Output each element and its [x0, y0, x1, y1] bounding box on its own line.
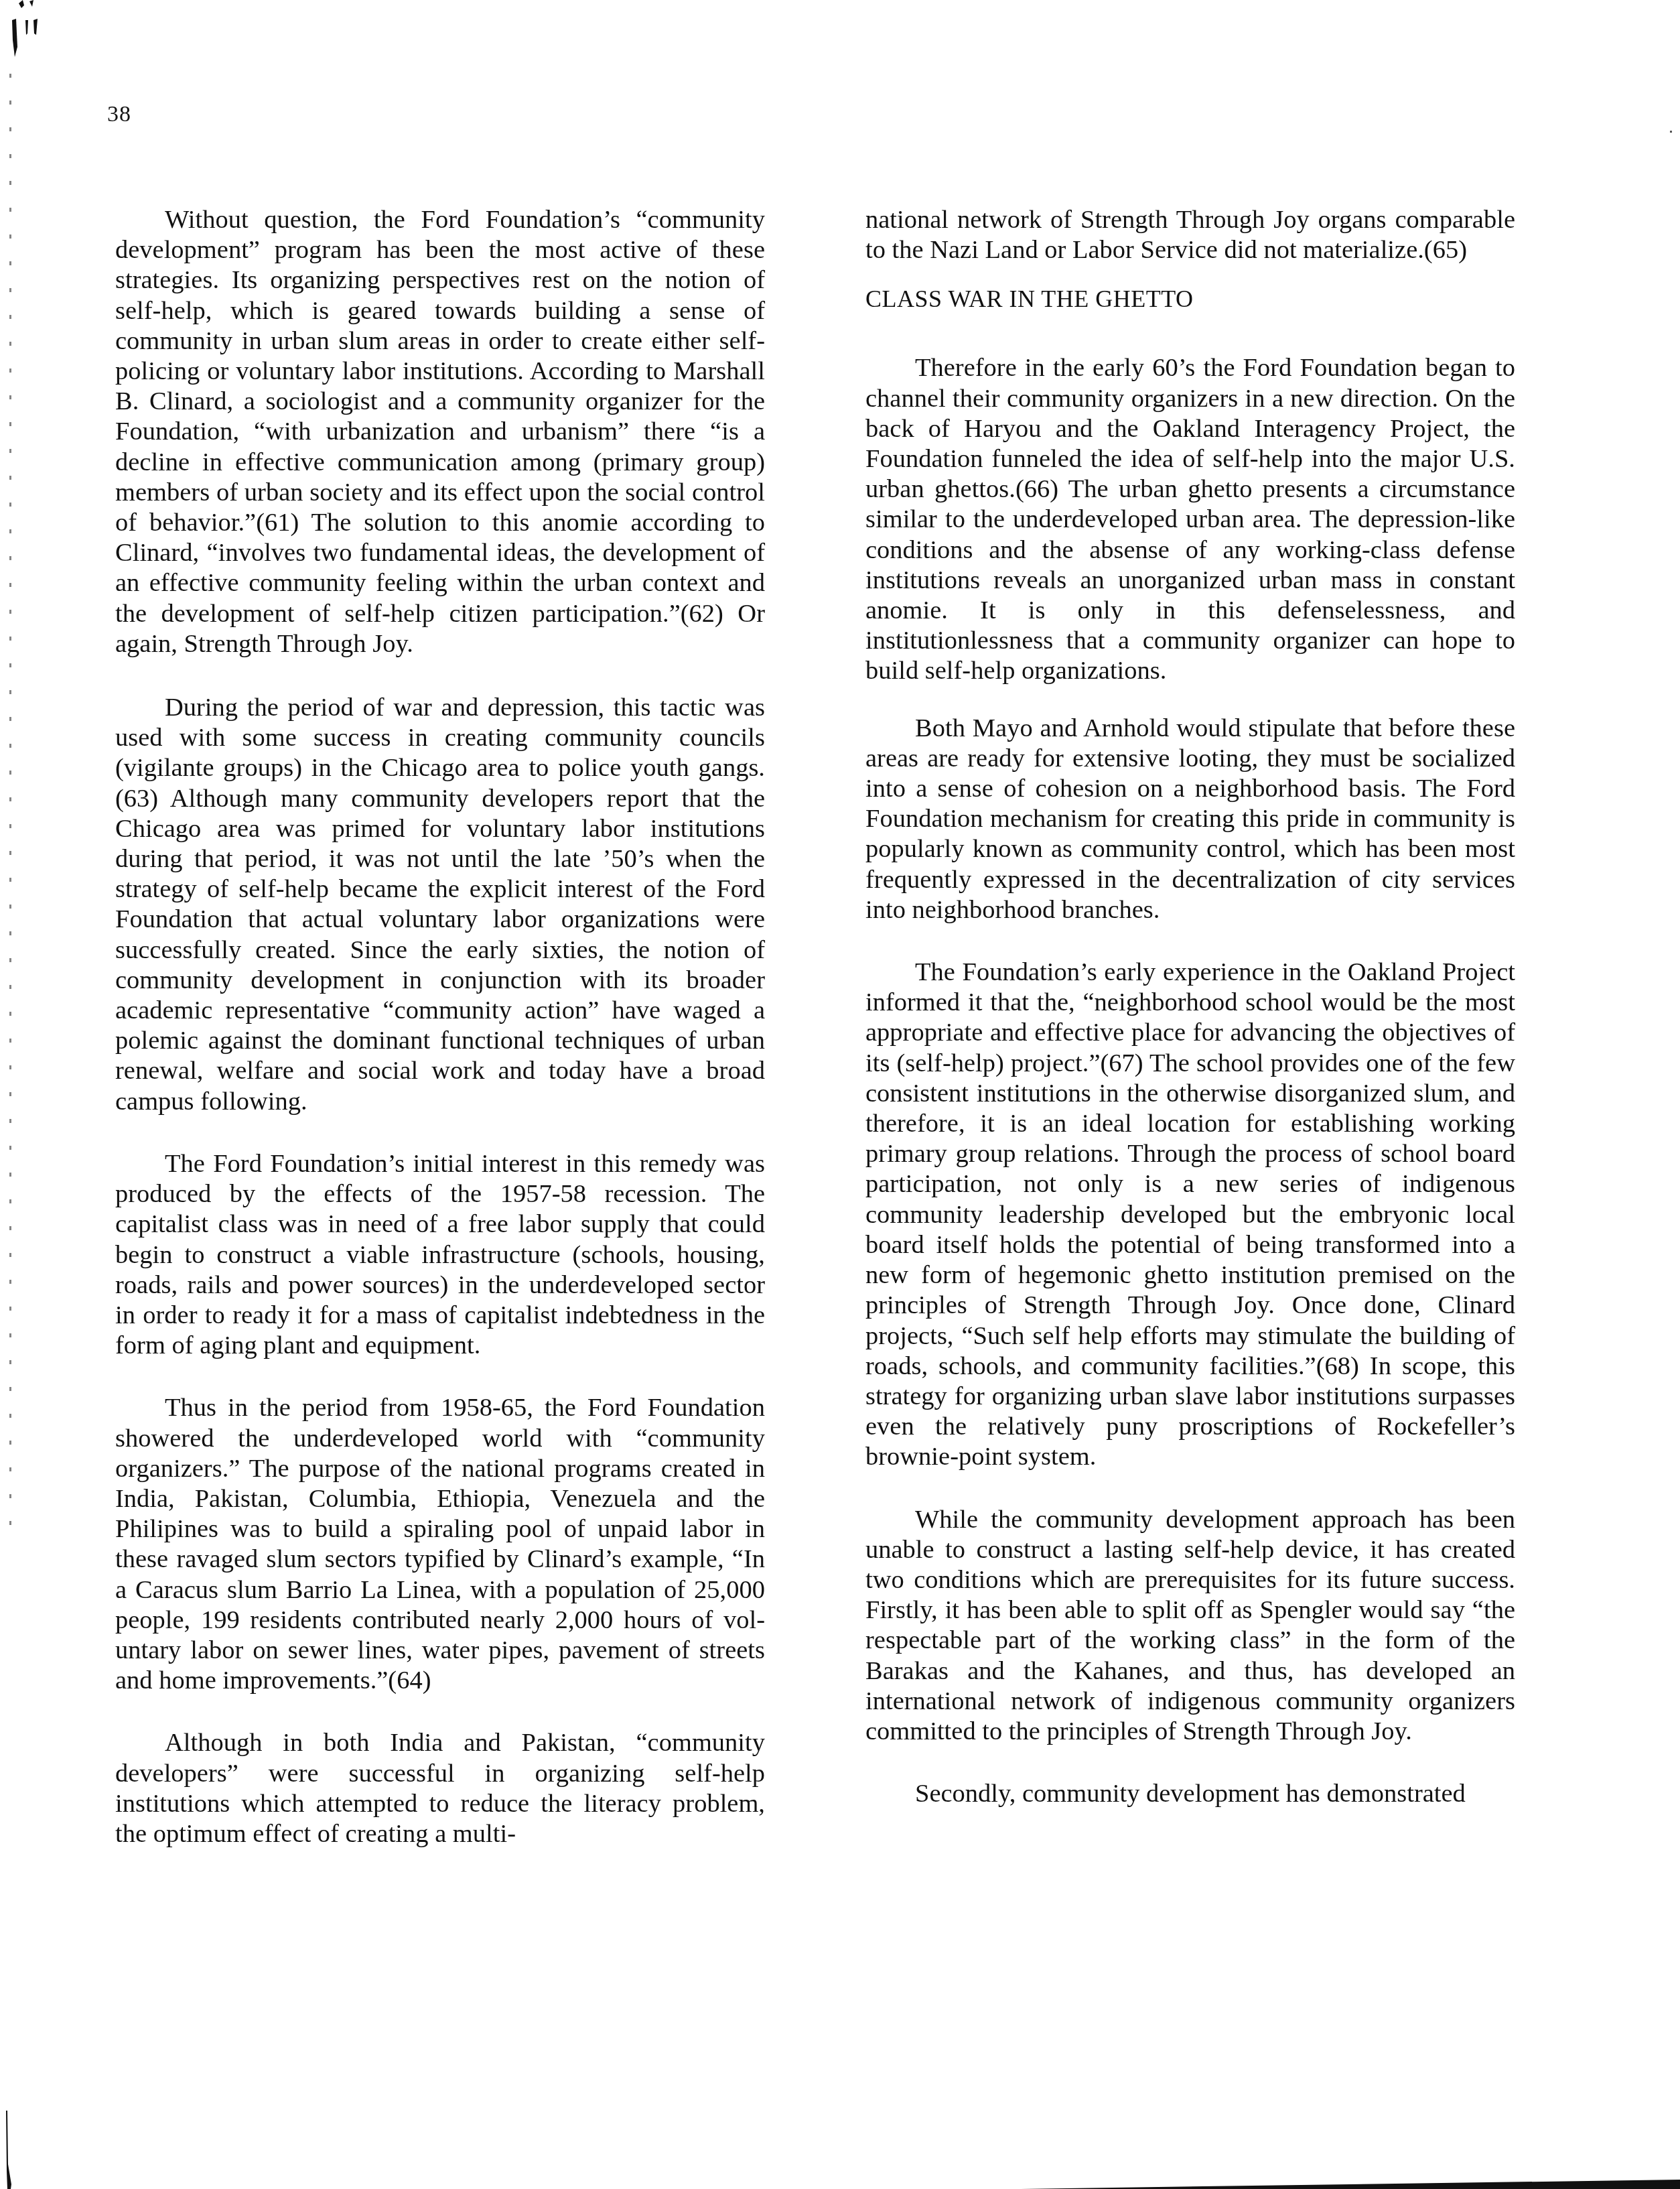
scan-artifact-bottom-left [5, 2111, 12, 2189]
section-heading: CLASS WAR IN THE GHETTO [865, 284, 1515, 314]
scan-artifact-bottom-edge [1018, 2180, 1680, 2189]
paragraph: The Foundation’s early experience in the… [865, 957, 1515, 1472]
paragraph: The Ford Foundation’s initial interest i… [115, 1149, 765, 1361]
paragraph: Secondly, community development has demo… [865, 1779, 1515, 1809]
scan-artifact-left-edge [9, 74, 11, 1548]
paragraph: During the period of war and depression,… [115, 693, 765, 1117]
left-column: Without question, the Ford Foundation’s … [115, 205, 765, 1880]
paragraph: Therefore in the early 60’s the Ford Fou… [865, 353, 1515, 686]
scan-artifact-dot [1670, 131, 1672, 133]
right-column: national network of Strength Through Joy… [865, 205, 1515, 1841]
paragraph: Thus in the period from 1958-65, the For… [115, 1393, 765, 1696]
scan-artifact-top-left [7, 0, 40, 74]
paragraph: While the community development approach… [865, 1505, 1515, 1747]
paragraph: Without question, the Ford Foundation’s … [115, 205, 765, 659]
paragraph-continuation: national network of Strength Through Joy… [865, 205, 1515, 265]
paragraph: Although in both India and Pakistan, “co… [115, 1728, 765, 1849]
page-number: 38 [107, 102, 131, 127]
paragraph: Both Mayo and Arnhold would stipulate th… [865, 714, 1515, 925]
